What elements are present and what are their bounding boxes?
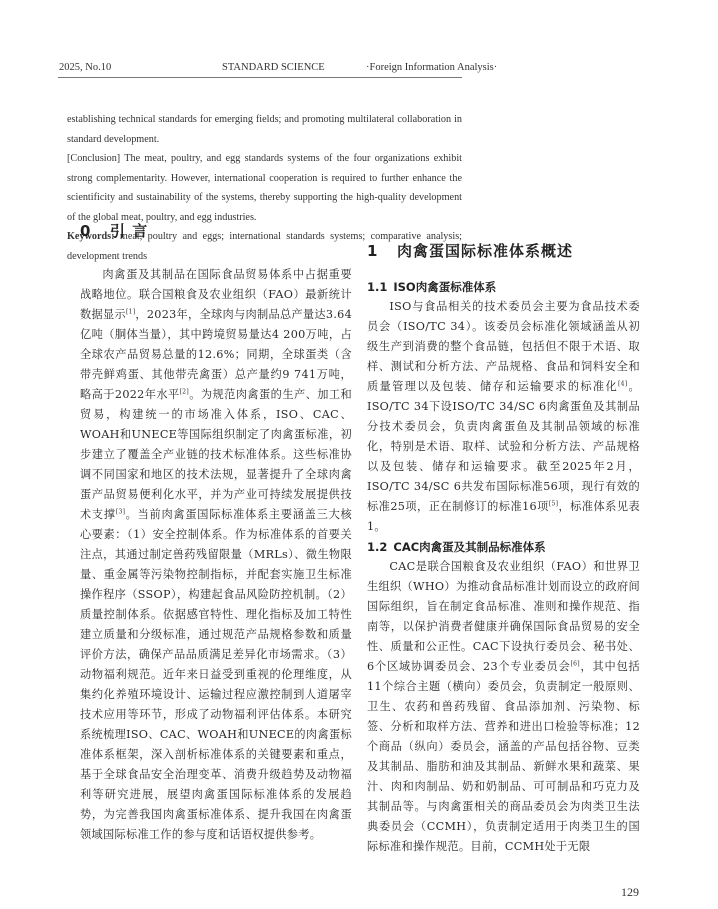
abstract-line: establishing technical standards for eme… [67,110,462,149]
header-rule [58,77,462,78]
page-number: 129 [621,885,639,900]
abstract-conclusion: [Conclusion] The meat, poultry, and egg … [67,149,462,227]
citation[interactable]: [1] [126,308,135,315]
citation[interactable]: [4] [618,380,627,387]
citation[interactable]: [3] [116,508,125,515]
section-1-title: 1肉禽蛋国际标准体系概述 [367,240,640,261]
citation[interactable]: [5] [549,500,558,507]
subsection-1-2-title: 1.2CAC肉禽蛋及其制品标准体系 [367,537,640,557]
citation[interactable]: [2] [180,388,189,395]
subsection-1-2-paragraph: CAC是联合国粮食及农业组织（FAO）和世界卫生组织（WHO）为推动食品标准计划… [367,557,640,857]
subsection-1-1-title: 1.1ISO肉禽蛋标准体系 [367,277,640,297]
section-0-paragraph: 肉禽蛋及其制品在国际食品贸易体系中占据重要战略地位。联合国粮食及农业组织（FAO… [80,265,352,845]
section-0-title: 0引 言 [80,220,352,241]
left-column: 0引 言 肉禽蛋及其制品在国际食品贸易体系中占据重要战略地位。联合国粮食及农业组… [80,220,352,845]
header-journal: STANDARD SCIENCE [222,62,325,73]
citation[interactable]: [6] [571,660,580,667]
right-column: 1肉禽蛋国际标准体系概述 1.1ISO肉禽蛋标准体系 ISO与食品相关的技术委员… [367,240,640,857]
header-section: ·Foreign Information Analysis· [366,62,497,73]
header-issue: 2025, No.10 [59,62,111,73]
subsection-1-1-paragraph: ISO与食品相关的技术委员会主要为食品技术委员会（ISO/TC 34）。该委员会… [367,297,640,537]
